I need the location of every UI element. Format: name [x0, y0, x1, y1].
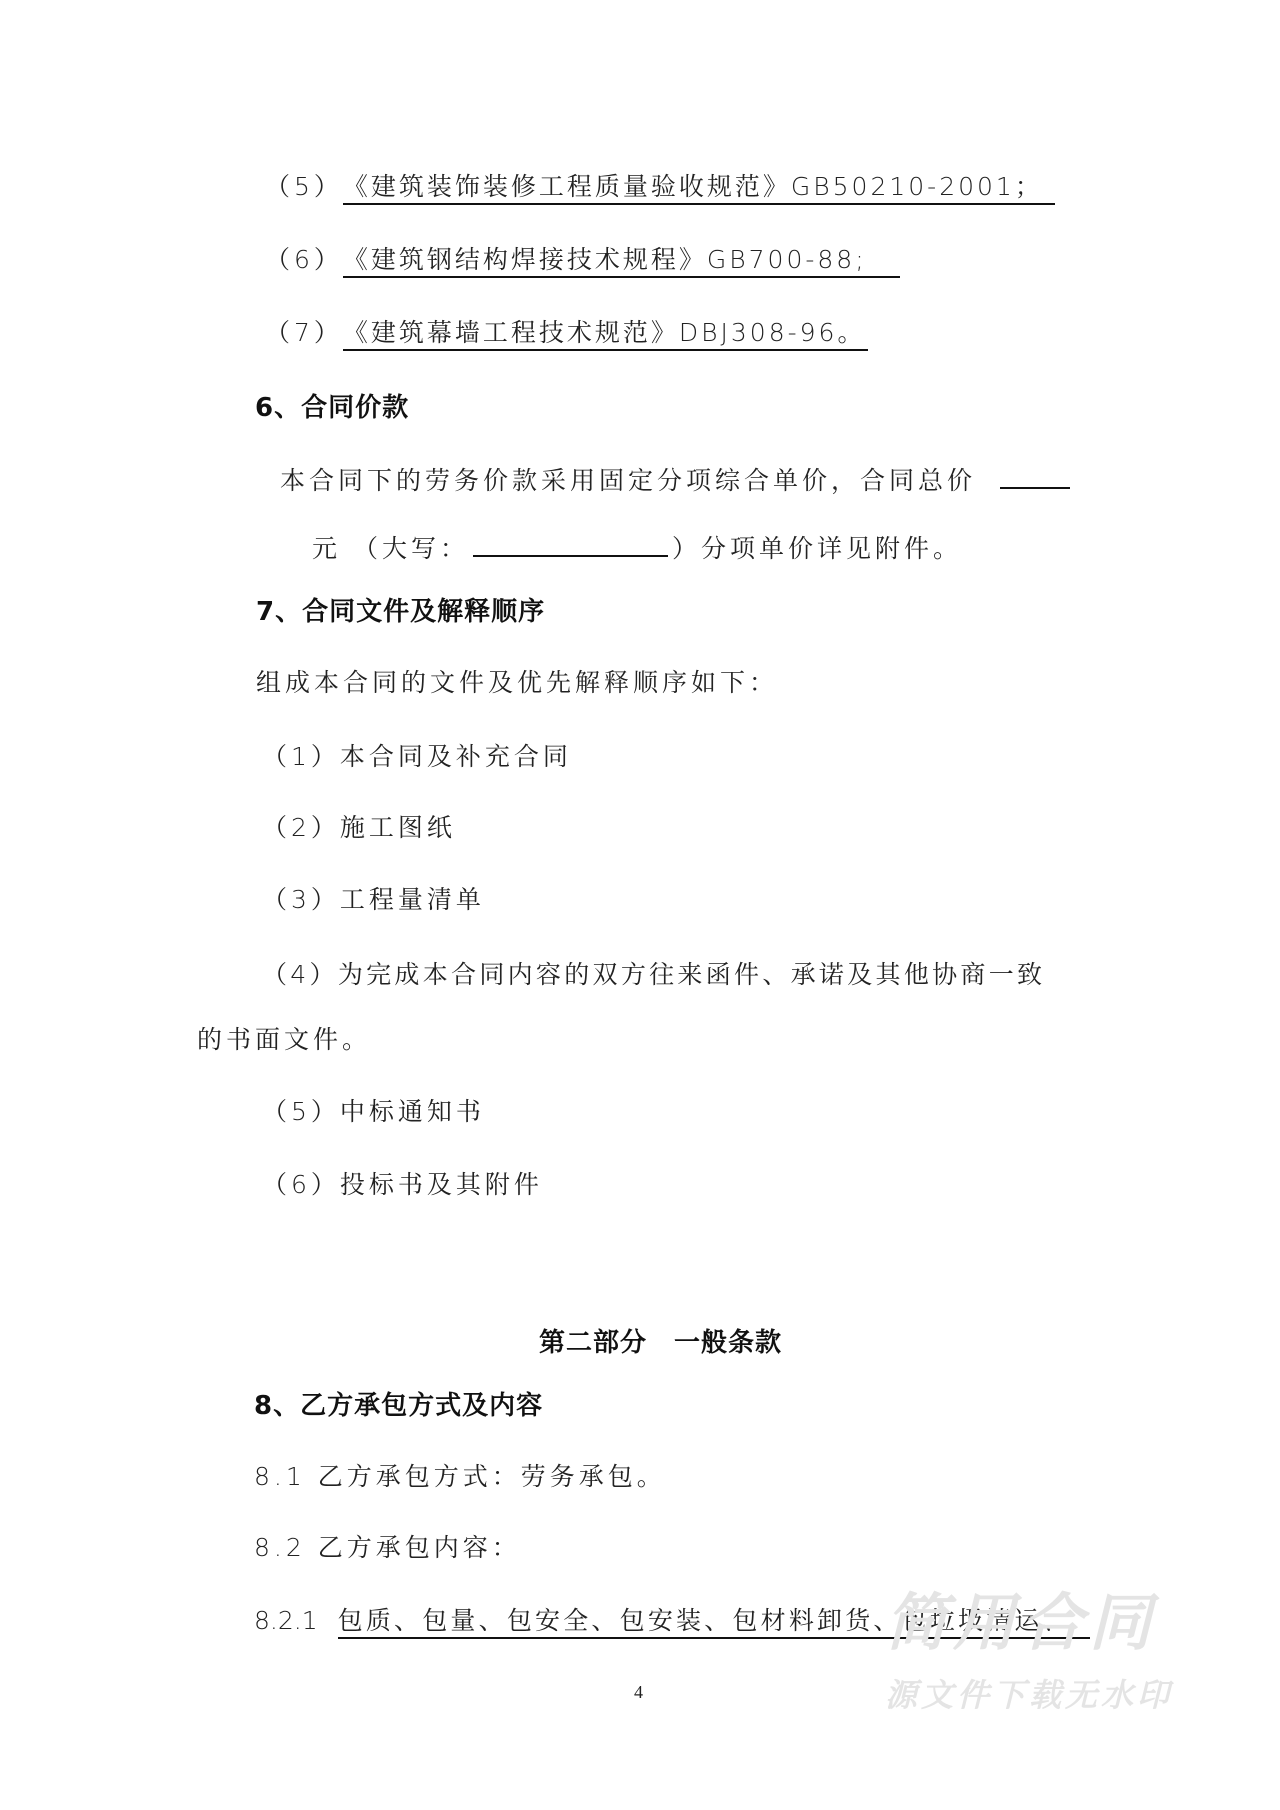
clause-number: 8.2.1	[254, 1606, 318, 1635]
item-text: 本合同及补充合同	[340, 742, 572, 771]
standard-item-7: （7）《建筑幕墙工程技术规范》DBJ308-96。	[265, 316, 868, 350]
section-6-heading: 6、合同价款	[255, 391, 409, 425]
section-8-1: 8.1 乙方承包方式：劳务承包。	[254, 1460, 666, 1494]
item-text: 施工图纸	[340, 813, 456, 842]
section-6-paragraph-line-2: 元 （大写：）分项单价详见附件。	[312, 531, 962, 565]
section-8-2-1: 8.2.1包质、包量、包安全、包安装、包材料卸货、包垃圾清运、	[254, 1604, 1090, 1638]
amount-in-words-blank[interactable]	[473, 531, 668, 557]
document-order-item-1: （1）本合同及补充合同	[262, 740, 572, 774]
section-8-2: 8.2 乙方承包内容：	[254, 1531, 521, 1565]
document-order-item-4-continued: 的书面文件。	[197, 1023, 371, 1057]
unit-price-note: ）分项单价详见附件。	[672, 534, 962, 563]
standard-item-5: （5）《建筑装饰装修工程质量验收规范》GB50210-2001；	[265, 170, 1055, 204]
item-text: 中标通知书	[340, 1097, 485, 1126]
standard-text: 《建筑装饰装修工程质量验收规范》GB50210-2001；	[343, 171, 1055, 205]
document-order-item-3: （3）工程量清单	[262, 883, 485, 917]
page-number: 4	[634, 1682, 643, 1703]
part-2-title: 第二部分 一般条款	[539, 1326, 782, 1360]
amount-in-words-label: 元 （大写：	[312, 534, 469, 563]
standard-item-6: （6）《建筑钢结构焊接技术规程》GB700-88;	[265, 243, 900, 277]
section-8-heading: 8、乙方承包方式及内容	[254, 1389, 543, 1423]
section-7-heading: 7、合同文件及解释顺序	[256, 595, 545, 629]
document-page: （5）《建筑装饰装修工程质量验收规范》GB50210-2001； （6）《建筑钢…	[0, 0, 1280, 1810]
item-text: 投标书及其附件	[340, 1170, 543, 1199]
total-price-blank[interactable]	[1000, 463, 1070, 489]
document-order-item-4: （4）为完成本合同内容的双方往来函件、承诺及其他协商一致	[262, 958, 1045, 992]
document-order-item-2: （2）施工图纸	[262, 811, 456, 845]
standard-text: 《建筑幕墙工程技术规范》DBJ308-96。	[343, 317, 868, 351]
standard-number: （6）	[265, 245, 343, 274]
item-number: （3）	[262, 885, 340, 914]
item-text: 的书面文件。	[197, 1025, 371, 1054]
item-text: 工程量清单	[340, 885, 485, 914]
document-order-item-6: （6）投标书及其附件	[262, 1168, 543, 1202]
section-6-paragraph-line-1: 本合同下的劳务价款采用固定分项综合单价，合同总价	[280, 463, 1070, 497]
section-7-intro: 组成本合同的文件及优先解释顺序如下：	[256, 666, 778, 700]
watermark-tagline: 源文件下载无水印	[885, 1678, 1173, 1712]
standard-number: （7）	[265, 318, 343, 347]
item-number: （4）	[262, 960, 338, 989]
standard-text: 《建筑钢结构焊接技术规程》GB700-88;	[343, 244, 900, 278]
contract-price-text: 本合同下的劳务价款采用固定分项综合单价，合同总价	[280, 466, 976, 495]
item-number: （2）	[262, 813, 340, 842]
item-text: 为完成本合同内容的双方往来函件、承诺及其他协商一致	[338, 960, 1046, 989]
standard-number: （5）	[265, 172, 343, 201]
document-order-item-5: （5）中标通知书	[262, 1095, 485, 1129]
item-number: （5）	[262, 1097, 340, 1126]
item-number: （1）	[262, 742, 340, 771]
clause-text: 包质、包量、包安全、包安装、包材料卸货、包垃圾清运、	[338, 1605, 1090, 1639]
item-number: （6）	[262, 1170, 340, 1199]
